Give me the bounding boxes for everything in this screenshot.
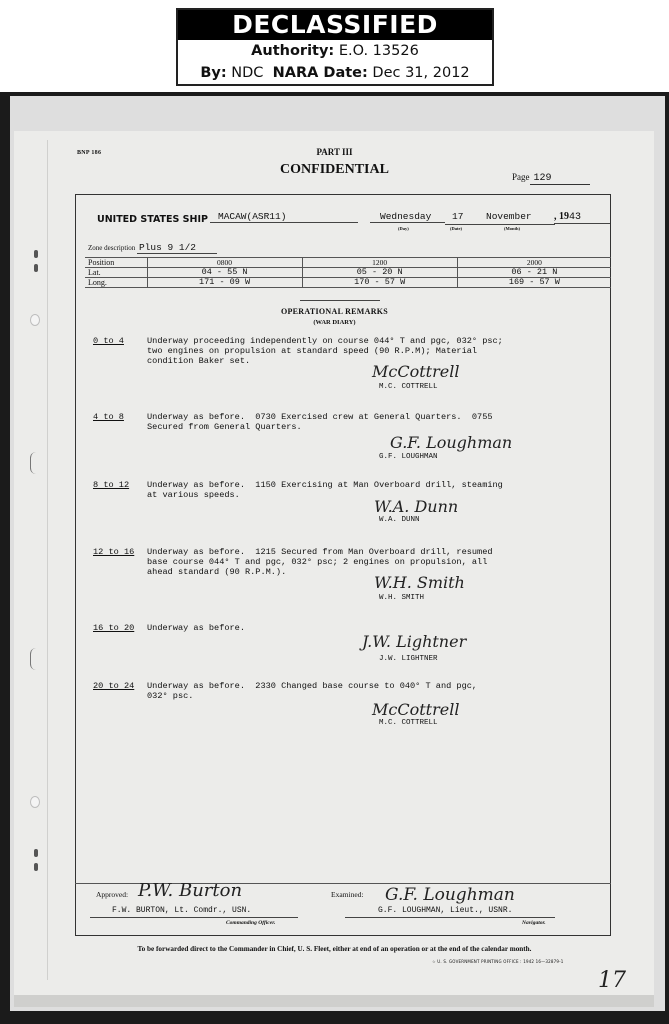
page-number: Page129: [512, 172, 590, 185]
signature-script: McCottrell: [372, 362, 459, 381]
watch-entry: 8 to 12 Underway as before. 1150 Exercis…: [93, 480, 593, 510]
punch-hole-icon: [30, 796, 40, 808]
examined-underline: [345, 917, 555, 918]
signature-script: W.A. Dunn: [374, 497, 458, 516]
signature-script: J.W. Lightner: [362, 632, 466, 651]
binder-clip-icon: [33, 250, 39, 272]
watch-entry: 16 to 20 Underway as before.: [93, 623, 593, 637]
date-caption: (Date): [450, 226, 462, 231]
table-header-row: Position 0800 1200 2000: [85, 258, 611, 268]
day-caption: (Day): [398, 226, 409, 231]
remarks-subtitle: (WAR DIARY): [0, 319, 669, 326]
signature-name: W.H. SMITH: [379, 594, 424, 602]
year-value: , 1943: [554, 211, 610, 224]
page-edge-line: [47, 140, 48, 980]
part-heading: PART III: [0, 147, 669, 157]
table-row: Lat. 04 - 55 N 05 - 20 N 06 - 21 N: [85, 268, 611, 278]
binder-clip-icon: [33, 849, 39, 871]
ship-label: UNITED STATES SHIP: [97, 214, 208, 225]
approved-role: Commanding Officer.: [226, 920, 275, 926]
day-value: Wednesday: [370, 211, 445, 223]
approved-name: F.W. BURTON, Lt. Comdr., USN.: [112, 906, 251, 915]
remarks-title: OPERATIONAL REMARKS: [0, 307, 669, 316]
watch-entry: 12 to 16 Underway as before. 1215 Secure…: [93, 547, 593, 587]
watch-entry: 20 to 24 Underway as before. 2330 Change…: [93, 681, 593, 711]
examined-label: Examined:: [331, 890, 364, 899]
approved-signature: P.W. Burton: [138, 880, 242, 901]
zone-description: Zone description Plus 9 1/2: [88, 242, 217, 254]
binder-bracket-icon: [30, 452, 38, 474]
month-value: November: [486, 211, 554, 222]
signature-script: McCottrell: [372, 700, 459, 719]
handwritten-number: 17: [598, 968, 626, 993]
examined-role: Navigator.: [522, 920, 546, 926]
forwarding-note: To be forwarded direct to the Commander …: [0, 945, 669, 953]
divider: [300, 300, 380, 301]
signature-name: M.C. COTTRELL: [379, 719, 438, 727]
stamp-authority: Authority: E.O. 13526: [178, 40, 492, 62]
watch-entry: 0 to 4 Underway proceeding independently…: [93, 336, 593, 376]
stamp-by: By: NDC NARA Date: Dec 31, 2012: [178, 62, 492, 84]
date-underline: [445, 224, 555, 225]
signature-name: J.W. LIGHTNER: [379, 655, 438, 663]
printer-imprint: ☆ U. S. GOVERNMENT PRINTING OFFICE : 194…: [432, 959, 563, 964]
page-bottom-edge: [14, 995, 654, 1007]
stamp-title: DECLASSIFIED: [178, 10, 492, 40]
signature-name: G.F. LOUGHMAN: [379, 453, 438, 461]
position-table: Position 0800 1200 2000 Lat. 04 - 55 N 0…: [85, 257, 611, 288]
binder-bracket-icon: [30, 648, 38, 670]
month-caption: (Month): [504, 226, 520, 231]
signature-name: W.A. DUNN: [379, 516, 420, 524]
declassified-stamp: DECLASSIFIED Authority: E.O. 13526 By: N…: [176, 8, 494, 86]
signature-script: G.F. Loughman: [390, 433, 512, 452]
signature-script: W.H. Smith: [374, 573, 465, 592]
watch-entry: 4 to 8 Underway as before. 0730 Exercise…: [93, 412, 593, 442]
approved-underline: [90, 917, 298, 918]
signature-name: M.C. COTTRELL: [379, 383, 438, 391]
table-row: Long. 171 - 09 W 170 - 57 W 169 - 57 W: [85, 278, 611, 288]
examined-signature: G.F. Loughman: [385, 885, 515, 905]
examined-name: G.F. LOUGHMAN, Lieut., USNR.: [378, 906, 512, 915]
approved-label: Approved:: [96, 890, 128, 899]
date-value: 17: [452, 211, 476, 222]
ship-name: MACAW(ASR11): [210, 211, 358, 223]
